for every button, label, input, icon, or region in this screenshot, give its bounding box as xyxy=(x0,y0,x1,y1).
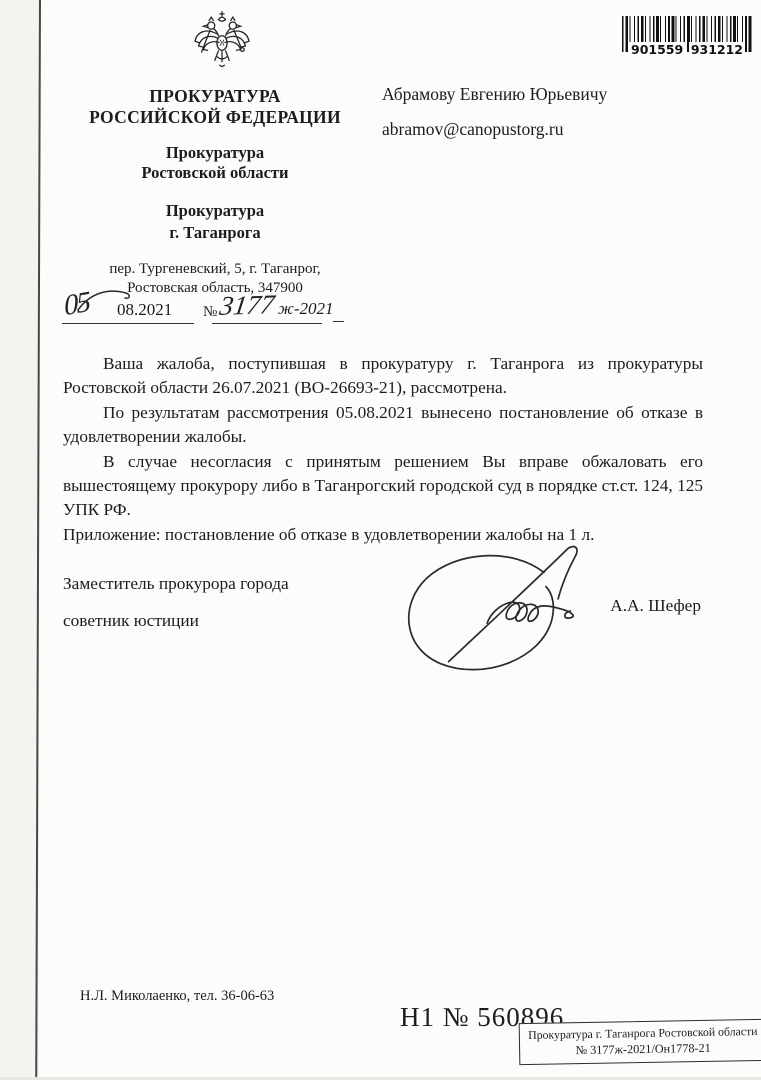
barcode-digits-left: 901559 xyxy=(629,42,685,57)
paragraph-1: Ваша жалоба, поступившая в прокуратуру г… xyxy=(63,352,703,401)
recipient-name: Абрамову Евгению Юрьевичу xyxy=(382,84,607,105)
signer-position-line2: советник юстиции xyxy=(63,609,199,633)
barcode-digits-right: 931212 xyxy=(689,42,745,57)
short-underline xyxy=(333,321,344,322)
region-prosecutor-office: Прокуратура Ростовской области xyxy=(62,143,368,183)
executor-line: Н.Л. Миколаенко, тел. 36-06-63 xyxy=(80,988,274,1005)
signature-icon xyxy=(393,538,633,690)
number-underline xyxy=(212,323,322,324)
number-sign: № xyxy=(203,304,217,321)
letterhead-block: ПРОКУРАТУРА РОССИЙСКОЙ ФЕДЕРАЦИИ Прокура… xyxy=(62,86,368,298)
registration-stamp: Прокуратура г. Таганрога Ростовской обла… xyxy=(519,1019,761,1065)
recipient-block: Абрамову Евгению Юрьевичу abramov@canopu… xyxy=(382,84,607,140)
org-title: ПРОКУРАТУРА РОССИЙСКОЙ ФЕДЕРАЦИИ xyxy=(62,86,368,128)
org-title-line1: ПРОКУРАТУРА xyxy=(62,86,368,107)
city-prosecutor-office: Прокуратура г. Таганрога xyxy=(62,200,368,244)
city-line1: Прокуратура xyxy=(62,200,368,222)
handwritten-day: 05 xyxy=(63,286,90,323)
barcode-digits: 901559 931212 xyxy=(622,42,752,57)
scanned-letter-page: ПРОКУРАТУРА РОССИЙСКОЙ ФЕДЕРАЦИИ Прокура… xyxy=(0,0,761,1080)
signer-position-line1: Заместитель прокурора города xyxy=(63,572,289,596)
region-line1: Прокуратура xyxy=(62,143,368,163)
russia-coat-of-arms-icon xyxy=(192,10,252,76)
paragraph-2: По результатам рассмотрения 05.08.2021 в… xyxy=(63,401,703,450)
number-suffix: ж-2021 xyxy=(278,299,333,319)
handwritten-number: 3177 xyxy=(218,289,277,322)
registration-barcode: 901559 931212 xyxy=(622,16,752,57)
address-line1: пер. Тургеневский, 5, г. Таганрог, xyxy=(62,260,368,279)
date-typed: 08.2021 xyxy=(117,300,172,320)
paragraph-3: В случае несогласия с принятым решением … xyxy=(63,450,703,523)
recipient-email: abramov@canopustorg.ru xyxy=(382,119,607,140)
scan-left-margin xyxy=(0,0,39,1080)
date-number-row: 05 08.2021 № 3177 ж-2021 xyxy=(62,292,372,332)
date-underline xyxy=(62,323,194,324)
region-line2: Ростовской области xyxy=(62,163,368,183)
org-title-line2: РОССИЙСКОЙ ФЕДЕРАЦИИ xyxy=(62,107,368,128)
city-line2: г. Таганрога xyxy=(62,222,368,244)
